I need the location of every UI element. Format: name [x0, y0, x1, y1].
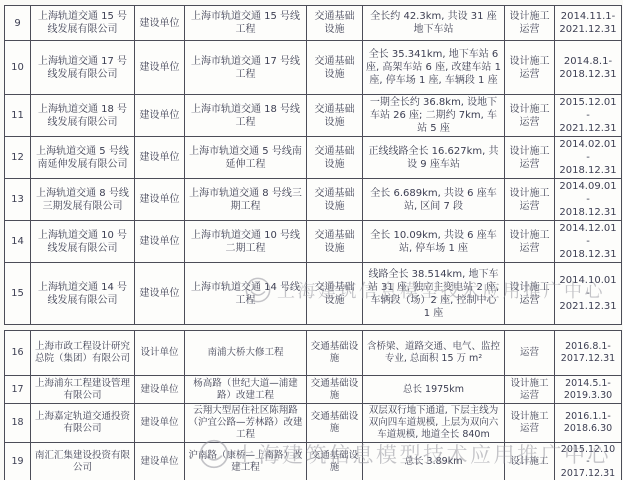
cell-category: 交通基础设施: [307, 95, 363, 137]
cell-description: 全长 6.689km, 共设 6 座车站, 区间 7 段: [363, 179, 505, 221]
cell-role: 建设单位: [135, 179, 185, 221]
cell-company: 上海轨道交通 18 号线发展有限公司: [31, 95, 135, 137]
cell-project: 上海市轨道交通 18 号线工程: [185, 95, 307, 137]
cell-dates: 2015.12.10 - 2017.12.31: [555, 443, 622, 480]
cell-dates: 2014.10.01 - 2021.12.31: [555, 263, 622, 325]
cell-category: 交通基础设施: [307, 443, 363, 480]
cell-category: 交通基础设施: [307, 137, 363, 179]
cell-dates: 2015.12.01 - 2021.12.31: [555, 95, 622, 137]
cell-num: 10: [5, 41, 31, 95]
cell-dates: 2014.02.01 - 2018.12.31: [555, 137, 622, 179]
cell-company: 上海轨道交通 17 号线发展有限公司: [31, 41, 135, 95]
cell-project: 云翔大型居住社区陈翔路（沪宜公路—芳林路）改建工程: [185, 404, 307, 443]
cell-phase: 设计施工运营: [505, 221, 555, 263]
cell-project: 上海市轨道交通 14 号线工程: [185, 263, 307, 325]
cell-category: 交通基础设施: [307, 404, 363, 443]
cell-company: 南汇汇集建设投资有限公司: [31, 443, 135, 480]
table-row: 14上海轨道交通 10 号线发展有限公司建设单位上海市轨道交通 10 号线二期工…: [5, 221, 622, 263]
cell-role: 建设单位: [135, 443, 185, 480]
table-row: 15上海轨道交通 14 号线发展有限公司建设单位上海市轨道交通 14 号线工程交…: [5, 263, 622, 325]
table-row: 18上海嘉定轨道交通投资有限公司建设单位云翔大型居住社区陈翔路（沪宜公路—芳林路…: [5, 404, 622, 443]
cell-project: 沪南路（康桥—上南路）改建工程: [185, 443, 307, 480]
table-row: 9上海轨道交通 15 号线发展有限公司建设单位上海市轨道交通 15 号线工程交通…: [5, 6, 622, 41]
cell-category: 交通基础设施: [307, 331, 363, 376]
cell-num: 18: [5, 404, 31, 443]
cell-num: 13: [5, 179, 31, 221]
table-body: 16上海市政工程设计研究总院（集团）有限公司设计单位南浦大桥大修工程交通基础设施…: [5, 331, 622, 480]
cell-num: 16: [5, 331, 31, 376]
cell-description: 双层双行地下通道, 下层主线为双向四车道规模, 上层为双向六车道规模, 地道全长…: [363, 404, 505, 443]
cell-num: 19: [5, 443, 31, 480]
cell-company: 上海轨道交通 5 号线南延伸发展有限公司: [31, 137, 135, 179]
cell-description: 全长 10.09km, 共设 6 座车站, 停车场 1 座: [363, 221, 505, 263]
cell-description: 总长 1975km: [363, 376, 505, 404]
cell-role: 建设单位: [135, 41, 185, 95]
scanned-document-page: 9上海轨道交通 15 号线发展有限公司建设单位上海市轨道交通 15 号线工程交通…: [0, 0, 623, 480]
cell-phase: 设计施工运营: [505, 404, 555, 443]
cell-project: 南浦大桥大修工程: [185, 331, 307, 376]
cell-phase: 设计施工运营: [505, 376, 555, 404]
cell-role: 建设单位: [135, 376, 185, 404]
cell-role: 建设单位: [135, 137, 185, 179]
cell-num: 14: [5, 221, 31, 263]
cell-role: 设计单位: [135, 331, 185, 376]
cell-company: 上海市政工程设计研究总院（集团）有限公司: [31, 331, 135, 376]
cell-company: 上海嘉定轨道交通投资有限公司: [31, 404, 135, 443]
cell-dates: 2014.11.1- 2021.12.31: [555, 6, 622, 41]
table-row: 10上海轨道交通 17 号线发展有限公司建设单位上海市轨道交通 17 号线工程交…: [5, 41, 622, 95]
cell-project: 杨高路（世纪大道—浦建路）改建工程: [185, 376, 307, 404]
cell-description: 总长 3.89km: [363, 443, 505, 480]
cell-role: 建设单位: [135, 263, 185, 325]
cell-company: 上海浦东工程建设管理有限公司: [31, 376, 135, 404]
cell-role: 建设单位: [135, 404, 185, 443]
cell-role: 建设单位: [135, 95, 185, 137]
table-row: 16上海市政工程设计研究总院（集团）有限公司设计单位南浦大桥大修工程交通基础设施…: [5, 331, 622, 376]
cell-description: 全长约 42.3km, 共设 31 座地下车站: [363, 6, 505, 41]
projects-table-upper: 9上海轨道交通 15 号线发展有限公司建设单位上海市轨道交通 15 号线工程交通…: [4, 5, 622, 325]
cell-description: 一期全长约 36.8km, 设地下车站 26 座; 二期约 7km, 车站 5 …: [363, 95, 505, 137]
cell-phase: 设计施工运营: [505, 6, 555, 41]
cell-role: 建设单位: [135, 221, 185, 263]
cell-dates: 2016.8.1- 2017.12.31: [555, 331, 622, 376]
cell-project: 上海市轨道交通 8 号线三期工程: [185, 179, 307, 221]
cell-category: 交通基础设施: [307, 6, 363, 41]
cell-dates: 2014.09.01 - 2018.12.31: [555, 179, 622, 221]
cell-num: 15: [5, 263, 31, 325]
table-row: 12上海轨道交通 5 号线南延伸发展有限公司建设单位上海市轨道交通 5 号线南延…: [5, 137, 622, 179]
cell-category: 交通基础设施: [307, 179, 363, 221]
cell-company: 上海轨道交通 15 号线发展有限公司: [31, 6, 135, 41]
cell-company: 上海轨道交通 8 号线三期发展有限公司: [31, 179, 135, 221]
cell-num: 17: [5, 376, 31, 404]
cell-phase: 设计施工运营: [505, 41, 555, 95]
cell-phase: 设计施工运营: [505, 95, 555, 137]
cell-description: 线路全长 38.514km, 地下车站 31 座, 独立主变电站 2 座, 车辆…: [363, 263, 505, 325]
cell-num: 11: [5, 95, 31, 137]
cell-company: 上海轨道交通 10 号线发展有限公司: [31, 221, 135, 263]
cell-phase: 设计施工运营: [505, 137, 555, 179]
cell-project: 上海市轨道交通 5 号线南延伸工程: [185, 137, 307, 179]
cell-role: 建设单位: [135, 6, 185, 41]
cell-dates: 2014.8.1- 2018.12.31: [555, 41, 622, 95]
cell-category: 交通基础设施: [307, 221, 363, 263]
cell-project: 上海市轨道交通 17 号线工程: [185, 41, 307, 95]
cell-num: 9: [5, 6, 31, 41]
cell-project: 上海市轨道交通 15 号线工程: [185, 6, 307, 41]
cell-phase: 设计施工: [505, 443, 555, 480]
projects-table-lower: 16上海市政工程设计研究总院（集团）有限公司设计单位南浦大桥大修工程交通基础设施…: [4, 330, 622, 480]
cell-num: 12: [5, 137, 31, 179]
cell-category: 交通基础设施: [307, 263, 363, 325]
table-row: 17上海浦东工程建设管理有限公司建设单位杨高路（世纪大道—浦建路）改建工程交通基…: [5, 376, 622, 404]
cell-description: 含桥梁、道路交通、电气、监控专业, 总面积 15 万 m²: [363, 331, 505, 376]
cell-dates: 2014.12.01 - 2018.12.31: [555, 221, 622, 263]
cell-phase: 设计施工运营: [505, 263, 555, 325]
cell-category: 交通基础设施: [307, 376, 363, 404]
cell-phase: 运营: [505, 331, 555, 376]
cell-project: 上海市轨道交通 10 号线二期工程: [185, 221, 307, 263]
cell-dates: 2016.1.1- 2018.6.30: [555, 404, 622, 443]
table-row: 11上海轨道交通 18 号线发展有限公司建设单位上海市轨道交通 18 号线工程交…: [5, 95, 622, 137]
cell-description: 正线线路全长 16.627km, 共设 9 座车站: [363, 137, 505, 179]
cell-dates: 2014.5.1- 2019.3.30: [555, 376, 622, 404]
cell-phase: 设计施工运营: [505, 179, 555, 221]
cell-category: 交通基础设施: [307, 41, 363, 95]
table-row: 19南汇汇集建设投资有限公司建设单位沪南路（康桥—上南路）改建工程交通基础设施总…: [5, 443, 622, 480]
table-row: 13上海轨道交通 8 号线三期发展有限公司建设单位上海市轨道交通 8 号线三期工…: [5, 179, 622, 221]
cell-company: 上海轨道交通 14 号线发展有限公司: [31, 263, 135, 325]
cell-description: 全长 35.341km, 地下车站 6 座, 高架车站 6 座, 改建车站 1 …: [363, 41, 505, 95]
table-body: 9上海轨道交通 15 号线发展有限公司建设单位上海市轨道交通 15 号线工程交通…: [5, 6, 622, 325]
